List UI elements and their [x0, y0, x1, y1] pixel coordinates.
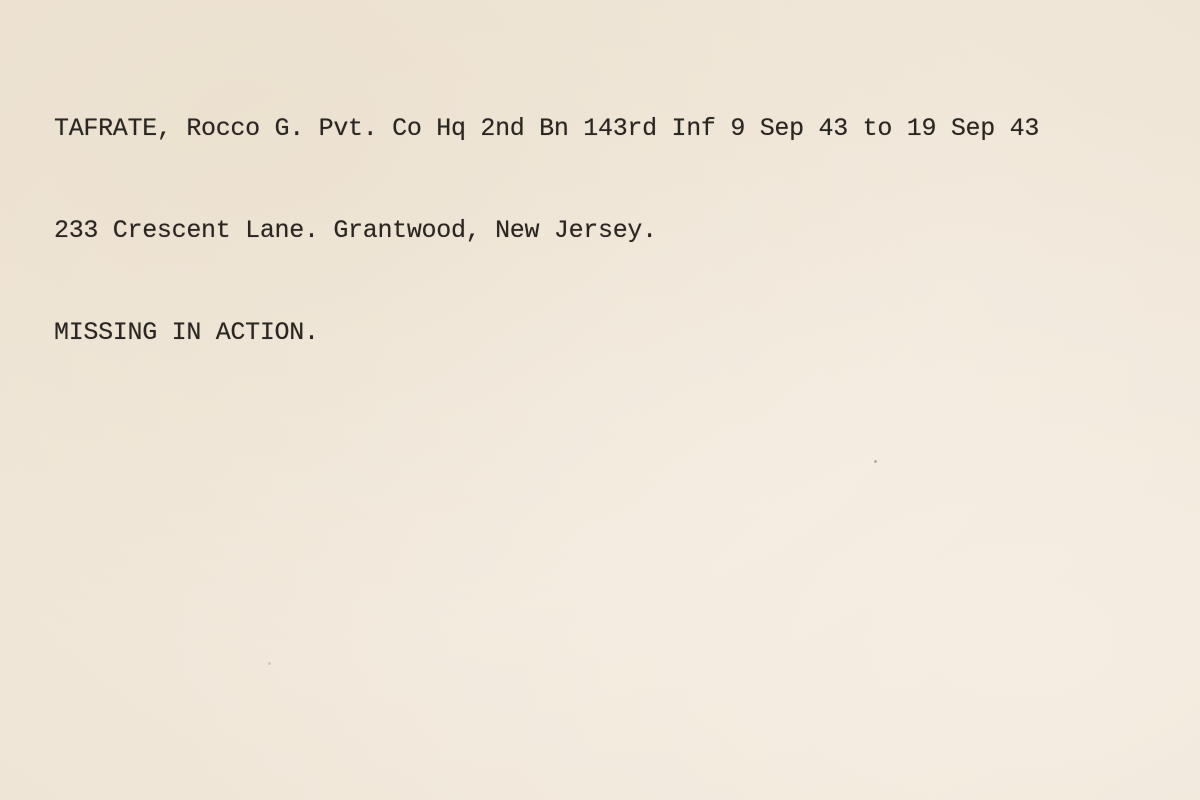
index-card: TAFRATE, Rocco G. Pvt. Co Hq 2nd Bn 143r…: [0, 0, 1200, 800]
address-line: 233 Crescent Lane. Grantwood, New Jersey…: [54, 214, 1039, 248]
name-unit-dates-line: TAFRATE, Rocco G. Pvt. Co Hq 2nd Bn 143r…: [54, 112, 1039, 146]
paper-speck: [268, 662, 271, 665]
typed-text-block: TAFRATE, Rocco G. Pvt. Co Hq 2nd Bn 143r…: [54, 44, 1039, 418]
status-line: MISSING IN ACTION.: [54, 316, 1039, 350]
paper-speck: [874, 460, 877, 463]
